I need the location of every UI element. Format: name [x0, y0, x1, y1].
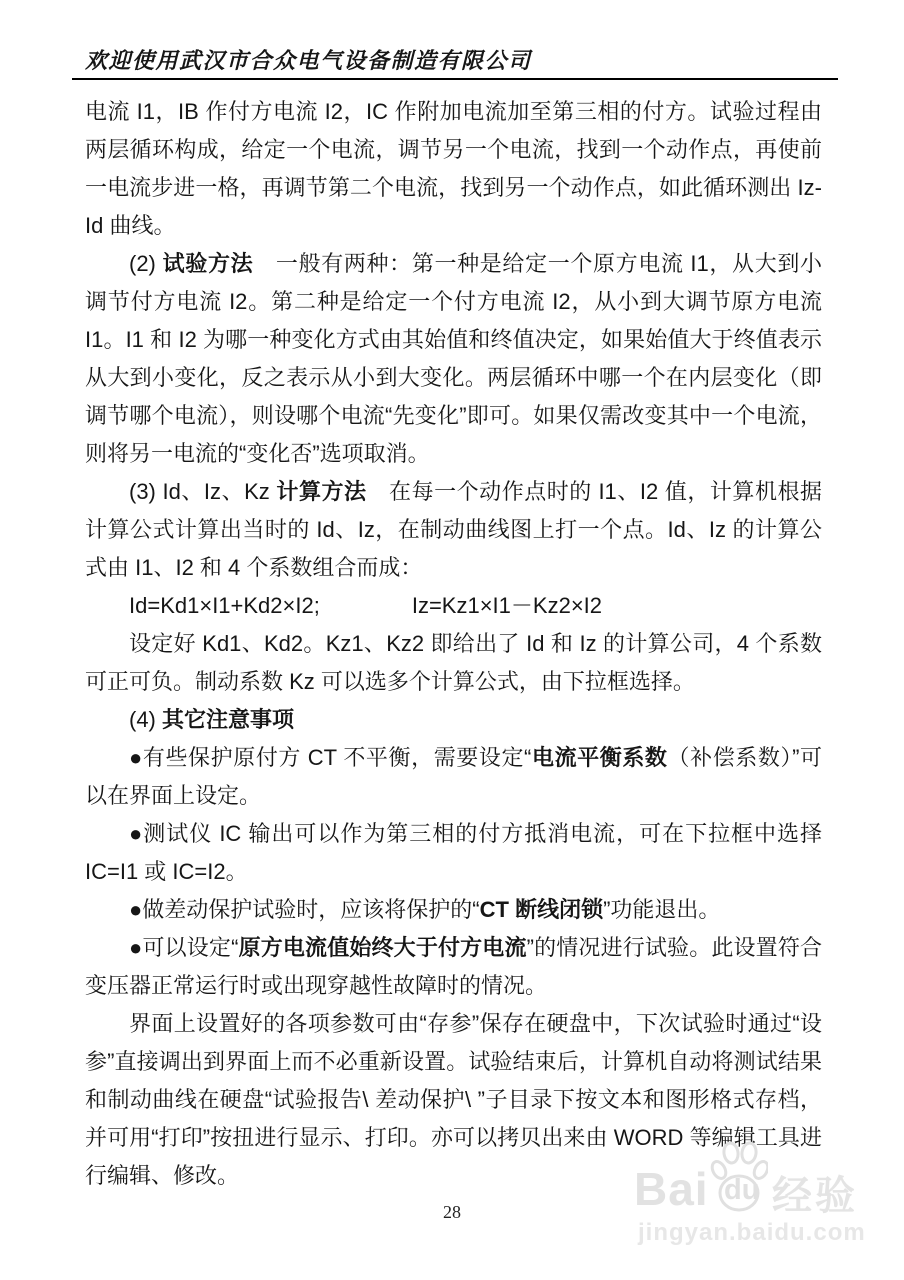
text-run: ●可以设定“	[129, 935, 238, 960]
paragraph: Id=Kd1×I1+Kd2×I2;Iz=Kz1×I1－Kz2×I2	[85, 587, 822, 625]
watermark-du-text: du	[724, 1174, 759, 1207]
document-page: 欢迎使用武汉市合众电气设备制造有限公司 电流 I1，IB 作付方电流 I2，IC…	[0, 0, 904, 1280]
paragraph: ●测试仪 IC 输出可以作为第三相的付方抵消电流，可在下拉框中选择 IC=I1 …	[85, 815, 822, 891]
bold-text-run: 计算方法	[276, 479, 366, 504]
watermark-jingyan-text: 经验	[772, 1164, 858, 1221]
paragraph: (2) 试验方法 一般有两种：第一种是给定一个原方电流 I1，从大到小调节付方电…	[85, 245, 822, 473]
text-run: (2)	[129, 251, 163, 276]
text-run: 设定好 Kd1、Kd2。Kz1、Kz2 即给出了 Id 和 Iz 的计算公司，4…	[85, 631, 822, 694]
text-run: ●做差动保护试验时，应该将保护的“	[129, 897, 480, 922]
text-run: (3) Id、Iz、Kz	[129, 479, 276, 504]
bold-text-run: 试验方法	[163, 251, 254, 276]
header-divider	[72, 78, 838, 80]
page-header: 欢迎使用武汉市合众电气设备制造有限公司	[85, 44, 825, 75]
paragraph: ●有些保护原付方 CT 不平衡，需要设定“电流平衡系数（补偿系数）”可以在界面上…	[85, 739, 822, 815]
text-run: 一般有两种：第一种是给定一个原方电流 I1，从大到小调节付方电流 I2。第二种是…	[85, 251, 822, 466]
text-run: (4)	[129, 707, 162, 732]
text-run: Id=Kd1×I1+Kd2×I2;	[129, 593, 320, 618]
watermark-logo-row: Bai du 经验	[634, 1140, 884, 1216]
bold-text-run: 电流平衡系数	[531, 745, 667, 770]
text-run: ”功能退出。	[603, 897, 720, 922]
text-run: 电流 I1，IB 作付方电流 I2，IC 作附加电流加至第三相的付方。试验过程由…	[85, 99, 822, 238]
paragraph: (3) Id、Iz、Kz 计算方法 在每一个动作点时的 I1、I2 值，计算机根…	[85, 473, 822, 587]
header-title: 欢迎使用武汉市合众电气设备制造有限公司	[85, 44, 825, 75]
text-run: ●测试仪 IC 输出可以作为第三相的付方抵消电流，可在下拉框中选择 IC=I1 …	[85, 821, 822, 884]
paragraph: 设定好 Kd1、Kd2。Kz1、Kz2 即给出了 Id 和 Iz 的计算公司，4…	[85, 625, 822, 701]
bold-text-run: 原方电流值始终大于付方电流	[238, 935, 526, 960]
bold-text-run: 其它注意事项	[162, 707, 294, 732]
document-body: 电流 I1，IB 作付方电流 I2，IC 作附加电流加至第三相的付方。试验过程由…	[85, 93, 822, 1195]
paragraph: 电流 I1，IB 作付方电流 I2，IC 作附加电流加至第三相的付方。试验过程由…	[85, 93, 822, 245]
paragraph: ●做差动保护试验时，应该将保护的“CT 断线闭锁”功能退出。	[85, 891, 822, 929]
paragraph: ●可以设定“原方电流值始终大于付方电流”的情况进行试验。此设置符合变压器正常运行…	[85, 929, 822, 1005]
paragraph: (4) 其它注意事项	[85, 701, 822, 739]
baidu-jingyan-watermark: Bai du 经验 jingyan.baidu.com	[634, 1140, 884, 1247]
watermark-url: jingyan.baidu.com	[634, 1219, 884, 1247]
watermark-bai-text: Bai	[634, 1162, 709, 1216]
bold-text-run: CT 断线闭锁	[480, 897, 603, 922]
text-run: ●有些保护原付方 CT 不平衡，需要设定“	[129, 745, 531, 770]
text-run: Iz=Kz1×I1－Kz2×I2	[412, 593, 602, 618]
